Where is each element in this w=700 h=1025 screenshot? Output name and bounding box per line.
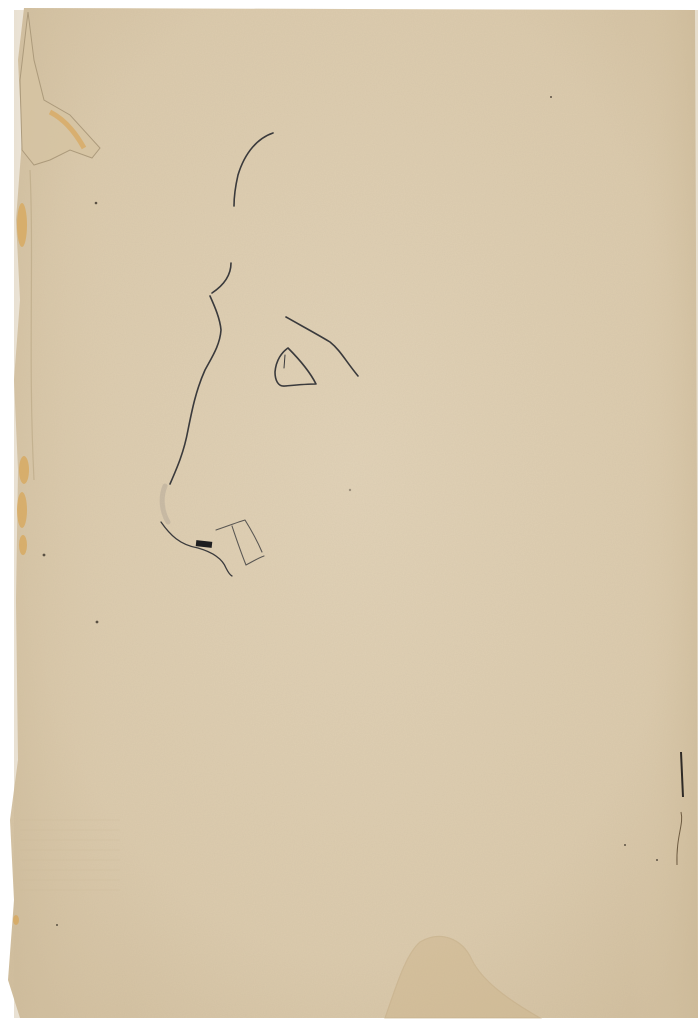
scan-canvas: Pencil sketch of an animal head in profi… xyxy=(0,0,700,1025)
paper-sheet xyxy=(0,0,700,1025)
